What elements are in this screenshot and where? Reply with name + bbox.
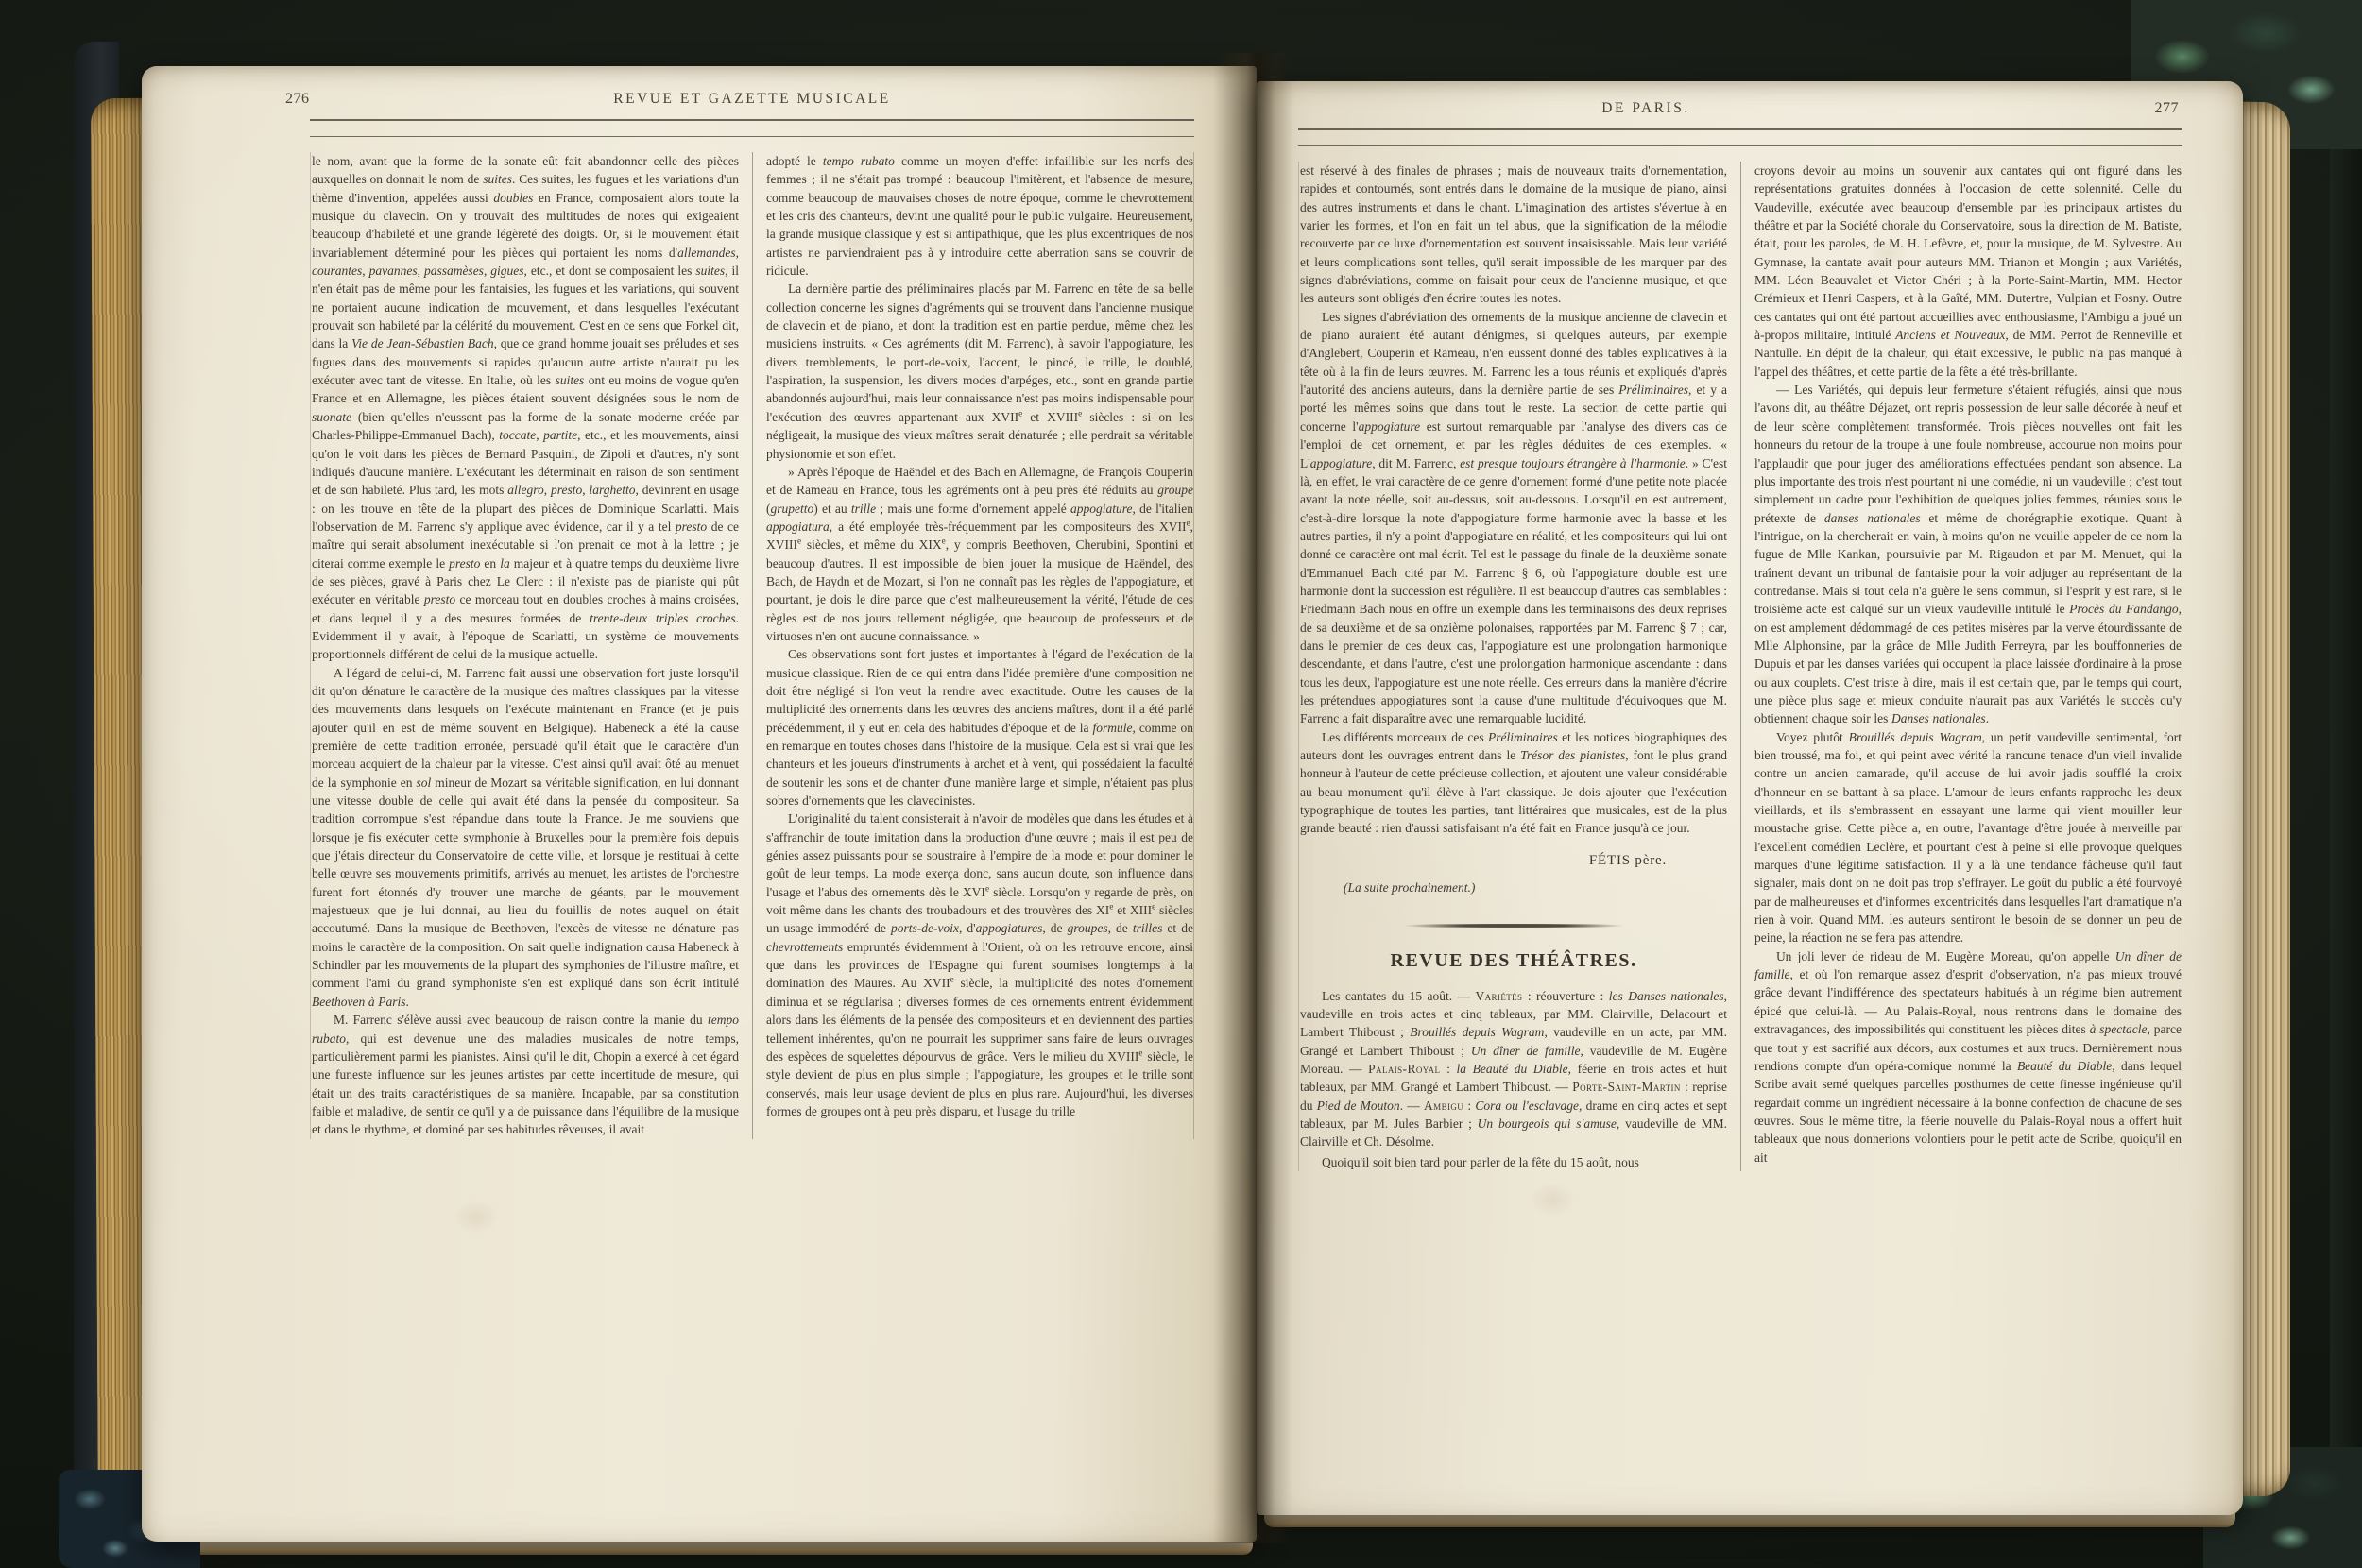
theatre-review-intro: Les cantates du 15 août. — Variétés : ré… [1300,987,1727,1171]
header-rule-left [310,119,1194,137]
header-rule-right [1298,128,2182,146]
paragraph: — Les Variétés, qui depuis leur fermetur… [1754,381,2182,728]
page-number-right: 277 [2155,100,2180,117]
paragraph: A l'égard de celui-ci, M. Farrenc fait a… [312,664,739,1012]
paragraph: Les cantates du 15 août. — Variétés : ré… [1300,987,1727,1151]
column-2-left-page: adopté le tempo rubato comme un moyen d'… [766,152,1193,1139]
article-signature: FÉTIS père. [1300,853,1727,869]
running-head-left: REVUE ET GAZETTE MUSICALE [310,91,1194,108]
page-right-header: DE PARIS. 277 [1298,98,2182,128]
page-right: DE PARIS. 277 est réservé à des finales … [1257,81,2243,1515]
paragraph: Voyez plutôt Brouillés depuis Wagram, un… [1754,728,2182,947]
page-left-header: 276 REVUE ET GAZETTE MUSICALE [310,89,1194,119]
paragraph: croyons devoir au moins un souvenir aux … [1754,162,2182,381]
paragraph: Quoiqu'il soit bien tard pour parler de … [1300,1153,1727,1171]
paragraph: adopté le tempo rubato comme un moyen d'… [766,152,1193,280]
paragraph: Les différents morceaux de ces Prélimina… [1300,728,1727,838]
column-1-left-page: le nom, avant que la forme de la sonate … [312,152,739,1139]
column-rule-left-page [752,152,753,1139]
column-2-right-page: croyons devoir au moins un souvenir aux … [1754,162,2182,1171]
paragraph: est réservé à des finales de phrases ; m… [1300,162,1727,308]
continuation-note: (La suite prochainement.) [1344,880,1727,895]
page-number-left: 276 [285,91,310,108]
column-1-right-page: est réservé à des finales de phrases ; m… [1300,162,1727,1171]
page-left-columns: le nom, avant que la forme de la sonate … [310,152,1194,1139]
paragraph: M. Farrenc s'élève aussi avec beaucoup d… [312,1011,739,1138]
page-bottom-edge-right [1264,1513,2235,1527]
paragraph: La dernière partie des préliminaires pla… [766,280,1193,462]
column-rule-right-page [1740,162,1741,1171]
section-heading: REVUE DES THÉÂTRES. [1300,950,1727,972]
paragraph: L'originalité du talent consisterait à n… [766,810,1193,1120]
paragraph: Ces observations sont fort justes et imp… [766,645,1193,810]
page-left: 276 REVUE ET GAZETTE MUSICALE le nom, av… [142,66,1257,1542]
section-divider [1377,924,1651,928]
page-right-columns: est réservé à des finales de phrases ; m… [1298,162,2182,1171]
paragraph: » Après l'époque de Haëndel et des Bach … [766,463,1193,645]
page-bottom-edge-left [149,1540,1253,1555]
paragraph: le nom, avant que la forme de la sonate … [312,152,739,664]
page-right-text-area: DE PARIS. 277 est réservé à des finales … [1298,98,2182,1171]
right-book-board [2330,0,2362,1568]
paragraph: Un joli lever de rideau de M. Eugène Mor… [1754,947,2182,1167]
photo-background: 276 REVUE ET GAZETTE MUSICALE le nom, av… [0,0,2362,1568]
page-left-text-area: 276 REVUE ET GAZETTE MUSICALE le nom, av… [310,89,1194,1139]
running-head-right: DE PARIS. [1204,100,2088,117]
article-end: est réservé à des finales de phrases ; m… [1300,162,1727,838]
paragraph: Les signes d'abréviation des ornements d… [1300,308,1727,728]
